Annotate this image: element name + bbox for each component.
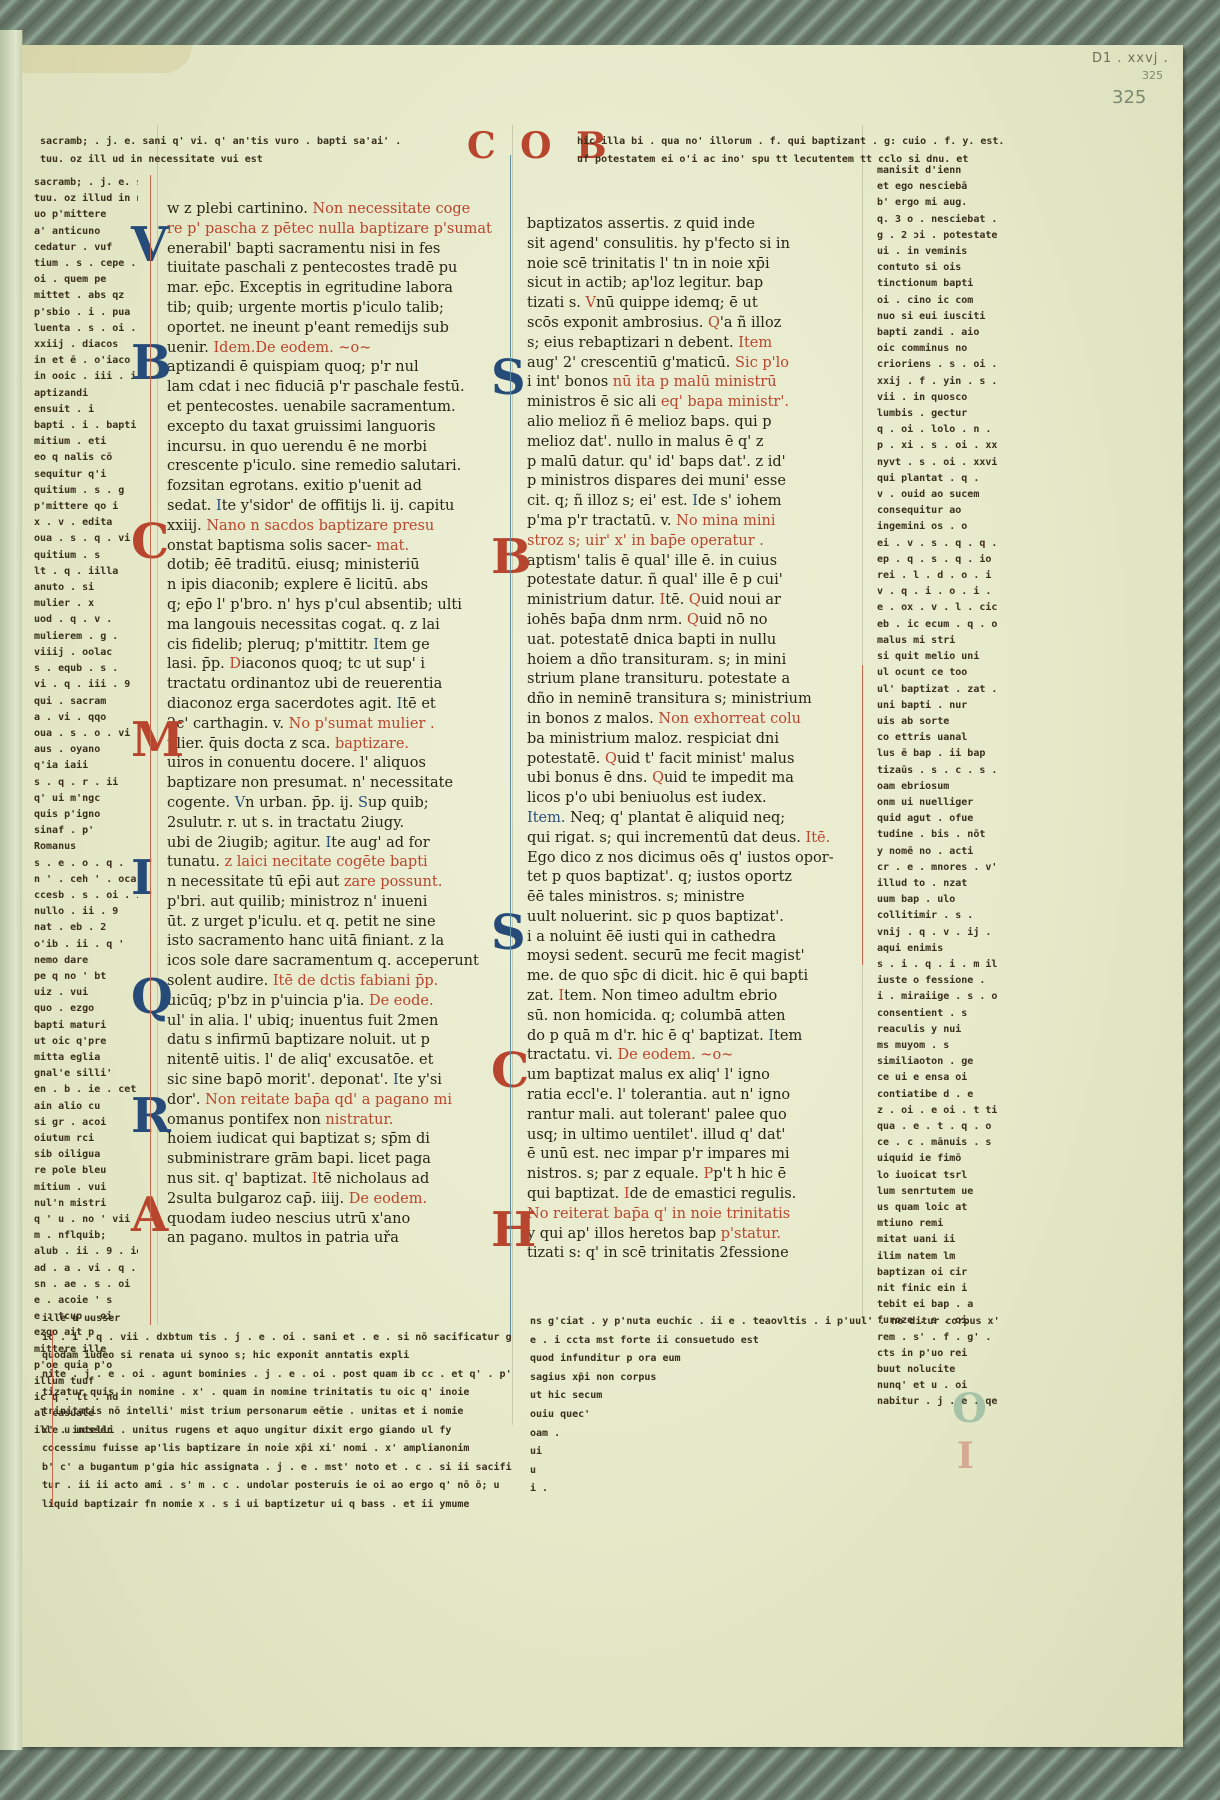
gloss-line: aus . oyano: [34, 742, 138, 758]
gloss-line: mitium . eti: [34, 434, 138, 450]
gloss-line: ad . a . vi . q . i: [34, 1261, 138, 1277]
text-line: 2sulutr. r. ut s. in tractatu 2iugy.: [167, 814, 507, 834]
gloss-line: ul' baptizat . zat .: [877, 682, 997, 698]
gloss-line: q . oi . lolo . n . i . ceq .: [877, 422, 997, 438]
blue-capital: Item.: [527, 810, 570, 826]
text-run: tiuitate paschali z pentecostes tradē pu: [167, 260, 457, 276]
blue-capital: V: [235, 795, 245, 811]
text-line: i a noluint ēē iusti qui in cathedra: [527, 928, 857, 948]
folio-number: 325: [1112, 87, 1146, 108]
gloss-line: contuto si ois: [877, 260, 997, 276]
text-run: qui rigat. s; qui incrementū dat deus.: [527, 830, 806, 846]
text-line: solent audire. Itē de dctis fabiani p̄p.: [167, 972, 507, 992]
text-column-a: w z plebi cartinino. Non necessitate cog…: [167, 200, 507, 1249]
text-line: ēē tales ministros. s; ministre: [527, 888, 857, 908]
text-run: sedat.: [167, 498, 216, 514]
gloss-line: lum senrtutem ue: [877, 1184, 997, 1200]
text-run: baptizatos assertis. z quid inde: [527, 216, 755, 232]
text-line: Item. Neq; q' plantat ē aliquid neq;: [527, 809, 857, 829]
gloss-line: consentient . s: [877, 1006, 997, 1022]
text-run: me. de quo sp̄c di dicit. hic ē qui bapt…: [527, 968, 808, 984]
decorated-initial: B: [131, 354, 172, 374]
gloss-line: oiutum rci: [34, 1131, 138, 1147]
text-line: n necessitate tū ep̄i aut zare possunt.: [167, 873, 507, 893]
text-run: rantur mali. aut tolerant' palee quo: [527, 1107, 787, 1123]
text-line: uenir. Idem.De eodem. ~o~: [167, 339, 507, 359]
gloss-line: b' ergo mi aug.: [877, 195, 997, 211]
text-run: do p quā m d'r. hic ē q' baptizat.: [527, 1028, 768, 1044]
gloss-line: sn . ae . s . oi: [34, 1277, 138, 1293]
text-line: ul' in alia. l' ubiq; inuentus fuit 2men: [167, 1012, 507, 1032]
gloss-line: quis p'igno: [34, 807, 138, 823]
gloss-line: ouiu quec': [530, 1406, 1000, 1425]
rubric-text: z laici necitate cogēte bapti: [225, 854, 428, 870]
gloss-line: nuo si eui iusciti: [877, 309, 997, 325]
water-stain: [22, 45, 192, 73]
text-run: n ipis diaconib; explere ē licitū. abs: [167, 577, 428, 593]
text-run: 2c' carthagin. v.: [167, 716, 289, 732]
show-through-initial-i: I: [957, 1435, 974, 1477]
text-line: ba ministrium maloz. respiciat dni: [527, 730, 857, 750]
text-run: ubi bonus ē dns.: [527, 770, 652, 786]
text-line: datu s infirmū baptizare noluit. ut p: [167, 1031, 507, 1051]
text-run: i int' bonos: [527, 374, 613, 390]
gloss-line: nite . j . e . oi . agunt bominies . j .…: [42, 1366, 512, 1385]
gloss-line: mittet . abs qz: [34, 288, 138, 304]
gloss-line: nemo dare: [34, 953, 138, 969]
text-run: tizati s.: [527, 295, 585, 311]
text-line: omanus pontifex non nistratur.: [167, 1111, 507, 1131]
gloss-line: mtiuno remi: [877, 1216, 997, 1232]
text-line: p'ma p'r tractatū. v. No mina mini: [527, 512, 857, 532]
red-capital: Itē.: [806, 830, 831, 846]
text-run: tē nicholaus ad: [317, 1171, 429, 1187]
text-line: 2c' carthagin. v. No p'sumat mulier .: [167, 715, 507, 735]
text-run: um baptizat malus ex aliq' l' igno: [527, 1067, 770, 1083]
decorated-initial: S: [491, 924, 526, 944]
gloss-line: reaculis y nui: [877, 1022, 997, 1038]
rubric-text: Sic p'lo: [735, 355, 789, 371]
gloss-line: sinaf . p': [34, 823, 138, 839]
pen-flourish-middle: [510, 155, 511, 1335]
gloss-line: quitium . s . g: [34, 483, 138, 499]
text-run: 2sulutr. r. ut s. in tractatu 2iugy.: [167, 815, 404, 831]
gloss-line: x . v . edita: [34, 515, 138, 531]
text-run: p'bri. aut quilib; ministroz n' inueni: [167, 894, 427, 910]
text-line: iohēs bap̄a dnm nrm. Quid nō no: [527, 611, 857, 631]
left-margin-gloss: sacramb; . j. e. sani q'tuu. oz illud in…: [34, 175, 138, 1439]
text-run: ūt. z urget p'iculu. et q. petit ne sine: [167, 914, 436, 930]
text-line: tiuitate paschali z pentecostes tradē pu: [167, 259, 507, 279]
gloss-line: illud to . nzat: [877, 876, 997, 892]
decorated-initial: M: [131, 731, 184, 751]
text-run: ba ministrium maloz. respiciat dni: [527, 731, 779, 747]
text-run: in bonos z malos.: [527, 711, 658, 727]
gloss-line: crioriens . s . oi . x: [877, 357, 997, 373]
gloss-line: anuto . si: [34, 580, 138, 596]
text-run: ē unū est. nec impar p'r impares mi: [527, 1146, 789, 1162]
text-run: de de emastici regulis.: [630, 1186, 797, 1202]
text-line: tractatu. vi. De eodem. ~o~: [527, 1046, 857, 1066]
text-line: s; eius rebaptizari n debent. Item: [527, 334, 857, 354]
gloss-line: in et ē . o'iaco: [34, 353, 138, 369]
text-run: uiros in conuentu docere. l' aliquos: [167, 755, 426, 771]
text-line: ē unū est. nec impar p'r impares mi: [527, 1145, 857, 1165]
red-capital: Q: [605, 751, 617, 767]
gloss-line: u: [530, 1462, 1000, 1481]
gloss-line: mitium . vui: [34, 1180, 138, 1196]
text-line: cogente. Vn urban. p̄p. ij. Sup quib;: [167, 794, 507, 814]
gloss-line: nit finic ein i: [877, 1281, 997, 1297]
gloss-line: ccesb . s . oi . iex: [34, 888, 138, 904]
text-line: usq; in ultimo uentilet'. illud q' dat': [527, 1126, 857, 1146]
text-run: ma langouis necessitas cogat. q. z lai: [167, 617, 440, 633]
gloss-line: ul ocunt ce too: [877, 665, 997, 681]
gloss-line: p . xi . s . oi . xxvi .: [877, 438, 997, 454]
text-run: uicūq; p'bz in p'uincia p'ia.: [167, 993, 369, 1009]
red-capital: V: [585, 295, 595, 311]
text-run: tractatu ordinantoz ubi de reuerentia: [167, 676, 442, 692]
text-run: alio melioz ñ ē melioz baps. qui p: [527, 414, 772, 430]
text-line: qui rigat. s; qui incrementū dat deus. I…: [527, 829, 857, 849]
gloss-line: p'sbio . i . pua: [34, 305, 138, 321]
text-run: p'ma p'r tractatū. v.: [527, 513, 676, 529]
gloss-line: malus mi stri: [877, 633, 997, 649]
text-run: hoiem a dño transituram. s; in mini: [527, 652, 786, 668]
gloss-line: trinitatis nō intelli' mist trium person…: [42, 1403, 512, 1422]
gloss-line: consequitur ao: [877, 503, 997, 519]
text-run: 2sulta bulgaroz cap̄. iiij.: [167, 1191, 349, 1207]
text-line: do p quā m d'r. hic ē q' baptizat. Item: [527, 1027, 857, 1047]
text-run: de s' iohem: [698, 493, 782, 509]
text-line: lam cdat i nec fiduciā p'r paschale fest…: [167, 378, 507, 398]
gloss-line: uo p'mittere: [34, 207, 138, 223]
text-run: subministrare grām bapi. licet paga: [167, 1151, 431, 1167]
text-run: ministrium datur.: [527, 592, 660, 608]
text-line: p ministros dispares dei muni' esse: [527, 472, 857, 492]
text-line: et pentecostes. uenabile sacramentum.: [167, 398, 507, 418]
text-run: ratia eccl'e. l' tolerantia. aut n' igno: [527, 1087, 790, 1103]
text-run: p't h hic ē: [713, 1166, 786, 1182]
bottom-gloss-right: ns g'ciat . y p'nuta euchic . ii e . tea…: [530, 1313, 1000, 1499]
gloss-line: mitat uani ii: [877, 1232, 997, 1248]
text-line: y qui ap' illos heretos bap p'statur.: [527, 1225, 857, 1245]
text-run: iohēs bap̄a dnm nrm.: [527, 612, 687, 628]
pen-flourish-bottom: [52, 1330, 53, 1505]
gloss-line: uni bapti . nur: [877, 698, 997, 714]
text-line: enerabil' bapti sacramentu nisi in fes: [167, 240, 507, 260]
text-line: dor'. Non reitate bap̄a qd' a pagano mi: [167, 1091, 507, 1111]
text-run: dño in neminē transitura s; ministrium: [527, 691, 812, 707]
gloss-line: oam .: [530, 1425, 1000, 1444]
gloss-line: collitimir . s .: [877, 908, 997, 924]
gloss-line: us quam loic at: [877, 1200, 997, 1216]
gloss-line: nyvt . s . oi . xxvi: [877, 455, 997, 471]
show-through-initial-o: O: [952, 1385, 987, 1432]
gloss-line: ep . q . s . q . io . a: [877, 552, 997, 568]
gloss-line: tebit ei bap . a: [877, 1297, 997, 1313]
red-capital: Q: [708, 315, 720, 331]
gloss-line: onm ui nuelliger: [877, 795, 997, 811]
text-line: tizati s. Vnū quippe idemq; ē ut: [527, 294, 857, 314]
text-line: tib; quib; urgente mortis p'iculo talib;: [167, 299, 507, 319]
text-line: isto sacramento hanc uitā finiant. z la: [167, 932, 507, 952]
text-line: excepto du taxat gruissimi languoris: [167, 418, 507, 438]
text-run: tē.: [665, 592, 689, 608]
gloss-line: tur . ii ii acto ami . s' m . c . undola…: [42, 1477, 512, 1496]
gloss-line: s . e . o . q .: [34, 856, 138, 872]
text-run: cit. q; ñ illoz s; ei' est.: [527, 493, 692, 509]
text-run: qui baptizat.: [527, 1186, 624, 1202]
text-run: y qui ap' illos heretos bap: [527, 1226, 721, 1242]
text-line: lasi. p̄p. Diaconos quoq; tc ut sup' i: [167, 655, 507, 675]
gloss-line: ui . in veminis: [877, 244, 997, 260]
text-run: i a noluint ēē iusti qui in cathedra: [527, 929, 776, 945]
text-line: 2sulta bulgaroz cap̄. iiij. De eodem.: [167, 1190, 507, 1210]
gloss-line: nat . eb . 2: [34, 920, 138, 936]
text-run: melioz dat'. nullo in malus ē q' z: [527, 434, 764, 450]
text-line: nus sit. q' baptizat. Itē nicholaus ad: [167, 1170, 507, 1190]
gloss-line: lo iuoicat tsrl: [877, 1168, 997, 1184]
text-line: ubi de 2iugib; agitur. Ite aug' ad for: [167, 834, 507, 854]
text-run: licos p'o ubi beniuolus est iudex.: [527, 790, 767, 806]
top-gloss: sacramb; . j. e. sani q' vi. q' an'tis v…: [40, 131, 401, 170]
text-line: cis fidelib; pleruq; p'mittitr. Item ge: [167, 636, 507, 656]
text-line: diaconoz erga sacerdotes agit. Itē et: [167, 695, 507, 715]
gloss-line: si gr . acoi: [34, 1115, 138, 1131]
text-run: te aug' ad for: [331, 835, 429, 851]
gloss-line: bapti . i . bapti: [34, 418, 138, 434]
text-line: ma langouis necessitas cogat. q. z lai: [167, 616, 507, 636]
text-run: mar. ep̄c. Exceptis in egritudine labora: [167, 280, 453, 296]
rubric-text: stroz s; uir' x' in bap̄e operatur .: [527, 533, 764, 549]
gloss-line: uum bap . ulo: [877, 892, 997, 908]
gloss-line: e . i ccta mst forte ii consuetudo est: [530, 1332, 1000, 1351]
gloss-line: mulierem . g .: [34, 629, 138, 645]
text-line: No reiterat bap̄a q' in noie trinitatis: [527, 1205, 857, 1225]
text-run: tē et: [402, 696, 435, 712]
red-capital: D: [229, 656, 241, 672]
rubric-text: eq' bapa ministr'.: [661, 394, 789, 410]
gloss-line: g . 2 ɔi . potestatem: [877, 228, 997, 244]
rubric-text: nū ita p malū ministrū: [613, 374, 777, 390]
gloss-line: uiz . vui: [34, 985, 138, 1001]
text-run: crescente p'iculo. sine remedio salutari…: [167, 458, 461, 474]
text-line: potestatē. Quid t' facit minist' malus: [527, 750, 857, 770]
gloss-line: lt . q . iilla: [34, 564, 138, 580]
text-run: nistros. s; par z equale.: [527, 1166, 704, 1182]
gloss-line: xxij . f . yin . s . i . q .: [877, 374, 997, 390]
red-capital: Q: [652, 770, 664, 786]
text-line: moysi sedent. securū me fecit magist': [527, 947, 857, 967]
gloss-line: ui: [530, 1443, 1000, 1462]
gloss-line: y nomē no . acti: [877, 844, 997, 860]
text-line: um baptizat malus ex aliq' l' igno: [527, 1066, 857, 1086]
text-run: fozsitan egrotans. exitio p'uenit ad: [167, 478, 422, 494]
gloss-line: qui . sacram: [34, 694, 138, 710]
red-capital: Itē de dctis fabiani p̄p.: [273, 973, 438, 989]
text-run: up quib;: [368, 795, 429, 811]
text-line: uicūq; p'bz in p'uincia p'ia. De eode.: [167, 992, 507, 1012]
gloss-line: ns g'ciat . y p'nuta euchic . ii e . tea…: [530, 1313, 1000, 1332]
gloss-line: manisit d'ienn: [877, 163, 997, 179]
text-line: w z plebi cartinino. Non necessitate cog…: [167, 200, 507, 220]
red-capital: Q: [689, 592, 701, 608]
gloss-line: bapti zandi . aio: [877, 325, 997, 341]
text-line: re p' pascha z pētec nulla baptizare p's…: [167, 220, 507, 240]
rubric-text: No mina mini: [676, 513, 775, 529]
text-run: ēē tales ministros. s; ministre: [527, 889, 745, 905]
red-capital: Idem.: [213, 340, 255, 356]
gloss-line: tizatur quis in nomine . x' . quam in no…: [42, 1384, 512, 1403]
gloss-line: oic comminus no: [877, 341, 997, 357]
gloss-line: tinctionum bapti: [877, 276, 997, 292]
gloss-line: uod . q . v .: [34, 612, 138, 628]
gloss-line: aqui enimis: [877, 941, 997, 957]
rubric-text: No p'sumat mulier .: [289, 716, 435, 732]
gloss-line: cedatur . vuf: [34, 240, 138, 256]
gloss-line: z . oi . e oi . t ti: [877, 1103, 997, 1119]
text-line: melioz dat'. nullo in malus ē q' z: [527, 433, 857, 453]
red-capital: Q: [687, 612, 699, 628]
text-run: icos sole dare sacramentum q. acceperunt: [167, 953, 479, 969]
gloss-line: ei . v . s . q . q . 6 . e: [877, 536, 997, 552]
text-run: potestatē.: [527, 751, 605, 767]
pen-flourish-left: [150, 175, 151, 1325]
blue-capital: S: [358, 795, 368, 811]
text-line: p malū datur. qu' id' baps dat'. z id': [527, 453, 857, 473]
gloss-line: oua . s . o . vi: [34, 726, 138, 742]
text-run: xxiij.: [167, 518, 206, 534]
rubric-text: zare possunt.: [344, 874, 442, 890]
text-line: n ipis diaconib; explere ē licitū. abs: [167, 576, 507, 596]
text-run: iaconos quoq; tc ut sup' i: [241, 656, 425, 672]
text-line: mar. ep̄c. Exceptis in egritudine labora: [167, 279, 507, 299]
text-line: strium plane transituru. potestate a: [527, 670, 857, 690]
decorated-initial: B: [491, 548, 532, 568]
text-run: Ego dico z nos dicimus oēs q' iustos opo…: [527, 850, 834, 866]
bottom-gloss-left: ille u uusseric . i . q . vii . dxbtum t…: [42, 1310, 512, 1515]
text-line: tractatu ordinantoz ubi de reuerentia: [167, 675, 507, 695]
text-run: tem ge: [379, 637, 430, 653]
text-run: ubi de 2iugib; agitur.: [167, 835, 326, 851]
text-line: crescente p'iculo. sine remedio salutari…: [167, 457, 507, 477]
rubric-text: Nano n sacdos baptizare presu: [206, 518, 434, 534]
gloss-line: quo . ezgo: [34, 1001, 138, 1017]
gloss-line: a' anticuno: [34, 224, 138, 240]
text-line: rantur mali. aut tolerant' palee quo: [527, 1106, 857, 1126]
gloss-line: gnal'e silli': [34, 1066, 138, 1082]
red-capital: Item: [738, 335, 772, 351]
text-line: i int' bonos nū ita p malū ministrū: [527, 373, 857, 393]
gloss-line: s . q . r . ii: [34, 775, 138, 791]
red-capital: P: [704, 1166, 714, 1182]
gloss-line: qua . e . t . q . o . z .: [877, 1119, 997, 1135]
rubric-text: mat.: [376, 538, 409, 554]
text-line: subministrare grām bapi. licet paga: [167, 1150, 507, 1170]
gloss-line: quid agut . ofue: [877, 811, 997, 827]
text-run: w z plebi cartinino.: [167, 201, 312, 217]
gloss-line: aptizandi: [34, 386, 138, 402]
rubric-text: Non necessitate coge: [312, 201, 470, 217]
text-line: hoiem iudicat qui baptizat s; sp̄m di: [167, 1130, 507, 1150]
text-line: oportet. ne ineunt p'eant remedijs sub: [167, 319, 507, 339]
text-run: isto sacramento hanc uitā finiant. z la: [167, 933, 444, 949]
text-run: enerabil' bapti sacramentu nisi in fes: [167, 241, 440, 257]
rubric-text: p'statur.: [721, 1226, 781, 1242]
text-line: uult noluerint. sic p quos baptizat'.: [527, 908, 857, 928]
text-run: hoiem iudicat qui baptizat s; sp̄m di: [167, 1131, 430, 1147]
text-run: aug' 2' crescentiū g'maticū.: [527, 355, 735, 371]
gloss-line: e . acoie ' s: [34, 1293, 138, 1309]
rubric-text: De eodem. ~o~: [617, 1047, 733, 1063]
text-run: dotib; ēē traditū. eiusq; ministeriū: [167, 557, 420, 573]
gloss-line: nullo . ii . 9: [34, 904, 138, 920]
gloss-line: co ettris uanal: [877, 730, 997, 746]
text-line: scōs exponit ambrosius. Q'a ñ illoz: [527, 314, 857, 334]
rubric-text: Non reitate bap̄a qd' a pagano mi: [205, 1092, 452, 1108]
gloss-line: in ooic . iii . i: [34, 369, 138, 385]
gloss-line: m . nflquib;: [34, 1228, 138, 1244]
text-run: te y'sidor' de offitijs li. ij. capitu: [222, 498, 455, 514]
text-line: nitentē uitis. l' de aliq' excusatōe. et: [167, 1051, 507, 1071]
text-line: ubi bonus ē dns. Quid te impedit ma: [527, 769, 857, 789]
gloss-line: ce . c . mānuis . s .: [877, 1135, 997, 1151]
text-run: te y'si: [399, 1072, 442, 1088]
text-run: ul' in alia. l' ubiq; inuentus fuit 2men: [167, 1013, 438, 1029]
gloss-line: quodam iudeo si renata ui synoo s; hic e…: [42, 1347, 512, 1366]
text-run: lasi. p̄p.: [167, 656, 229, 672]
text-run: tem: [774, 1028, 802, 1044]
text-line: sit agend' consulitis. hy p'fecto si in: [527, 235, 857, 255]
text-line: baptizare non presumat. n' necessitate: [167, 774, 507, 794]
gloss-line: alub . ii . 9 . ie: [34, 1244, 138, 1260]
gloss-line: v . q . i . o . i . fuit . s .: [877, 584, 997, 600]
text-run: strium plane transituru. potestate a: [527, 671, 790, 687]
rubric-text: Non exhorreat colu: [658, 711, 801, 727]
text-run: uid nō no: [699, 612, 768, 628]
gloss-line: tudine . bis . nōt: [877, 827, 997, 843]
text-run: zat.: [527, 988, 558, 1004]
text-line: potestate datur. ñ qual' ille ē p cui': [527, 571, 857, 591]
text-run: scōs exponit ambrosius.: [527, 315, 708, 331]
gloss-line: oam ebriosum: [877, 779, 997, 795]
text-line: dotib; ēē traditū. eiusq; ministeriū: [167, 556, 507, 576]
gloss-line: lumbis . gectur: [877, 406, 997, 422]
text-run: p malū datur. qu' id' baps dat'. z id': [527, 454, 786, 470]
gloss-line: i .: [530, 1480, 1000, 1499]
text-run: cogente.: [167, 795, 235, 811]
text-line: sicut in actib; ap'loz legitur. bap: [527, 274, 857, 294]
gloss-line: iuste o fessione .: [877, 973, 997, 989]
text-run: uenir.: [167, 340, 213, 356]
gloss-line: quitium . s: [34, 548, 138, 564]
gloss-line: cocessimu fuisse ap'lis baptizare in noi…: [42, 1440, 512, 1459]
decorated-initial: H: [491, 1221, 536, 1241]
gloss-line: nul'n mistri: [34, 1196, 138, 1212]
folio-small-note: 325: [1142, 69, 1163, 82]
gloss-line: b' c' a bugantum p'gia hic assignata . j…: [42, 1459, 512, 1478]
gloss-line: et ego nesciebā: [877, 179, 997, 195]
rubric-text: baptizare.: [335, 736, 409, 752]
gloss-line: baptizan oi cir: [877, 1265, 997, 1281]
gloss-line: q ' u . no ' vii: [34, 1212, 138, 1228]
rubric-text: De eodem. ~o~: [255, 340, 371, 356]
text-run: tunatu.: [167, 854, 225, 870]
text-line: aptizandi ē quispiam quoq; p'r nul: [167, 358, 507, 378]
gloss-line: mulier . x: [34, 596, 138, 612]
text-run: solent audire.: [167, 973, 273, 989]
